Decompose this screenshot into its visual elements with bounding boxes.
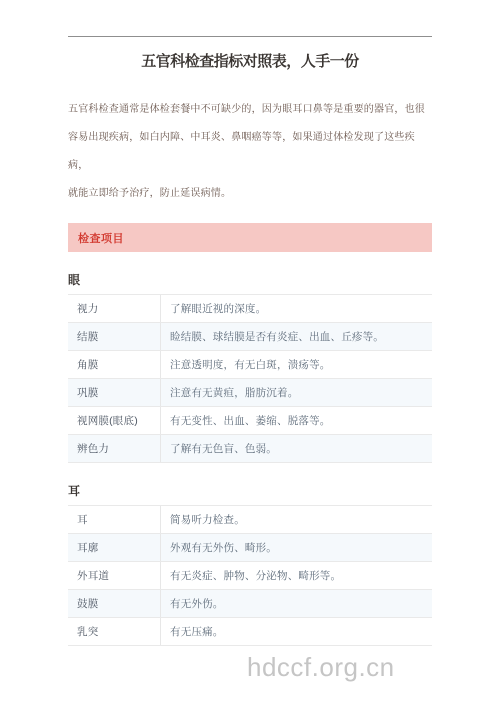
intro-paragraph: 五官科检查通常是体检套餐中不可缺少的，因为眼耳口鼻等是重要的器官，也很 容易出现… — [68, 96, 432, 208]
description-cell: 注意有无黄疸，脂肪沉着。 — [161, 379, 432, 406]
table-row: 结膜睑结膜、球结膜是否有炎症、出血、丘疹等。 — [68, 323, 432, 351]
item-cell: 视网膜(眼底) — [68, 407, 161, 434]
table-row: 鼓膜有无外伤。 — [68, 590, 432, 618]
item-cell: 角膜 — [68, 351, 161, 378]
table-row: 视力了解眼近视的深度。 — [68, 295, 432, 323]
check-section: 眼 视力了解眼近视的深度。结膜睑结膜、球结膜是否有炎症、出血、丘疹等。角膜注意透… — [68, 271, 432, 463]
item-cell: 视力 — [68, 295, 161, 322]
description-cell: 有无炎症、肿物、分泌物、畸形等。 — [161, 562, 432, 589]
item-cell: 巩膜 — [68, 379, 161, 406]
table-row: 耳廓外观有无外伤、畸形。 — [68, 534, 432, 562]
watermark: hdccf.org.cn — [247, 652, 395, 683]
table-row: 视网膜(眼底)有无变性、出血、萎缩、脱落等。 — [68, 407, 432, 435]
description-cell: 睑结膜、球结膜是否有炎症、出血、丘疹等。 — [161, 323, 432, 350]
description-cell: 外观有无外伤、畸形。 — [161, 534, 432, 561]
item-cell: 辨色力 — [68, 435, 161, 462]
item-cell: 乳突 — [68, 618, 161, 645]
description-cell: 有无外伤。 — [161, 590, 432, 617]
item-cell: 外耳道 — [68, 562, 161, 589]
item-cell: 结膜 — [68, 323, 161, 350]
item-cell: 耳廓 — [68, 534, 161, 561]
check-table: 视力了解眼近视的深度。结膜睑结膜、球结膜是否有炎症、出血、丘疹等。角膜注意透明度… — [68, 294, 432, 463]
description-cell: 了解有无色盲、色弱。 — [161, 435, 432, 462]
page-title: 五官科检查指标对照表，人手一份 — [68, 51, 432, 72]
section-title: 耳 — [68, 482, 432, 499]
section-header-bar: 检查项目 — [68, 223, 432, 252]
check-sections: 眼 视力了解眼近视的深度。结膜睑结膜、球结膜是否有炎症、出血、丘疹等。角膜注意透… — [68, 271, 432, 646]
item-cell: 耳 — [68, 506, 161, 533]
description-cell: 简易听力检查。 — [161, 506, 432, 533]
table-row: 乳突有无压痛。 — [68, 618, 432, 646]
table-row: 外耳道有无炎症、肿物、分泌物、畸形等。 — [68, 562, 432, 590]
check-table: 耳简易听力检查。耳廓外观有无外伤、畸形。外耳道有无炎症、肿物、分泌物、畸形等。鼓… — [68, 505, 432, 646]
table-row: 角膜注意透明度，有无白斑，溃疡等。 — [68, 351, 432, 379]
section-title: 眼 — [68, 271, 432, 288]
item-cell: 鼓膜 — [68, 590, 161, 617]
table-row: 巩膜注意有无黄疸，脂肪沉着。 — [68, 379, 432, 407]
section-header-label: 检查项目 — [78, 230, 124, 246]
description-cell: 注意透明度，有无白斑，溃疡等。 — [161, 351, 432, 378]
description-cell: 有无变性、出血、萎缩、脱落等。 — [161, 407, 432, 434]
table-row: 辨色力了解有无色盲、色弱。 — [68, 435, 432, 463]
top-divider — [68, 36, 432, 37]
check-section: 耳 耳简易听力检查。耳廓外观有无外伤、畸形。外耳道有无炎症、肿物、分泌物、畸形等… — [68, 482, 432, 646]
document-page: 五官科检查指标对照表，人手一份 五官科检查通常是体检套餐中不可缺少的，因为眼耳口… — [68, 36, 432, 646]
description-cell: 有无压痛。 — [161, 618, 432, 645]
table-row: 耳简易听力检查。 — [68, 506, 432, 534]
description-cell: 了解眼近视的深度。 — [161, 295, 432, 322]
